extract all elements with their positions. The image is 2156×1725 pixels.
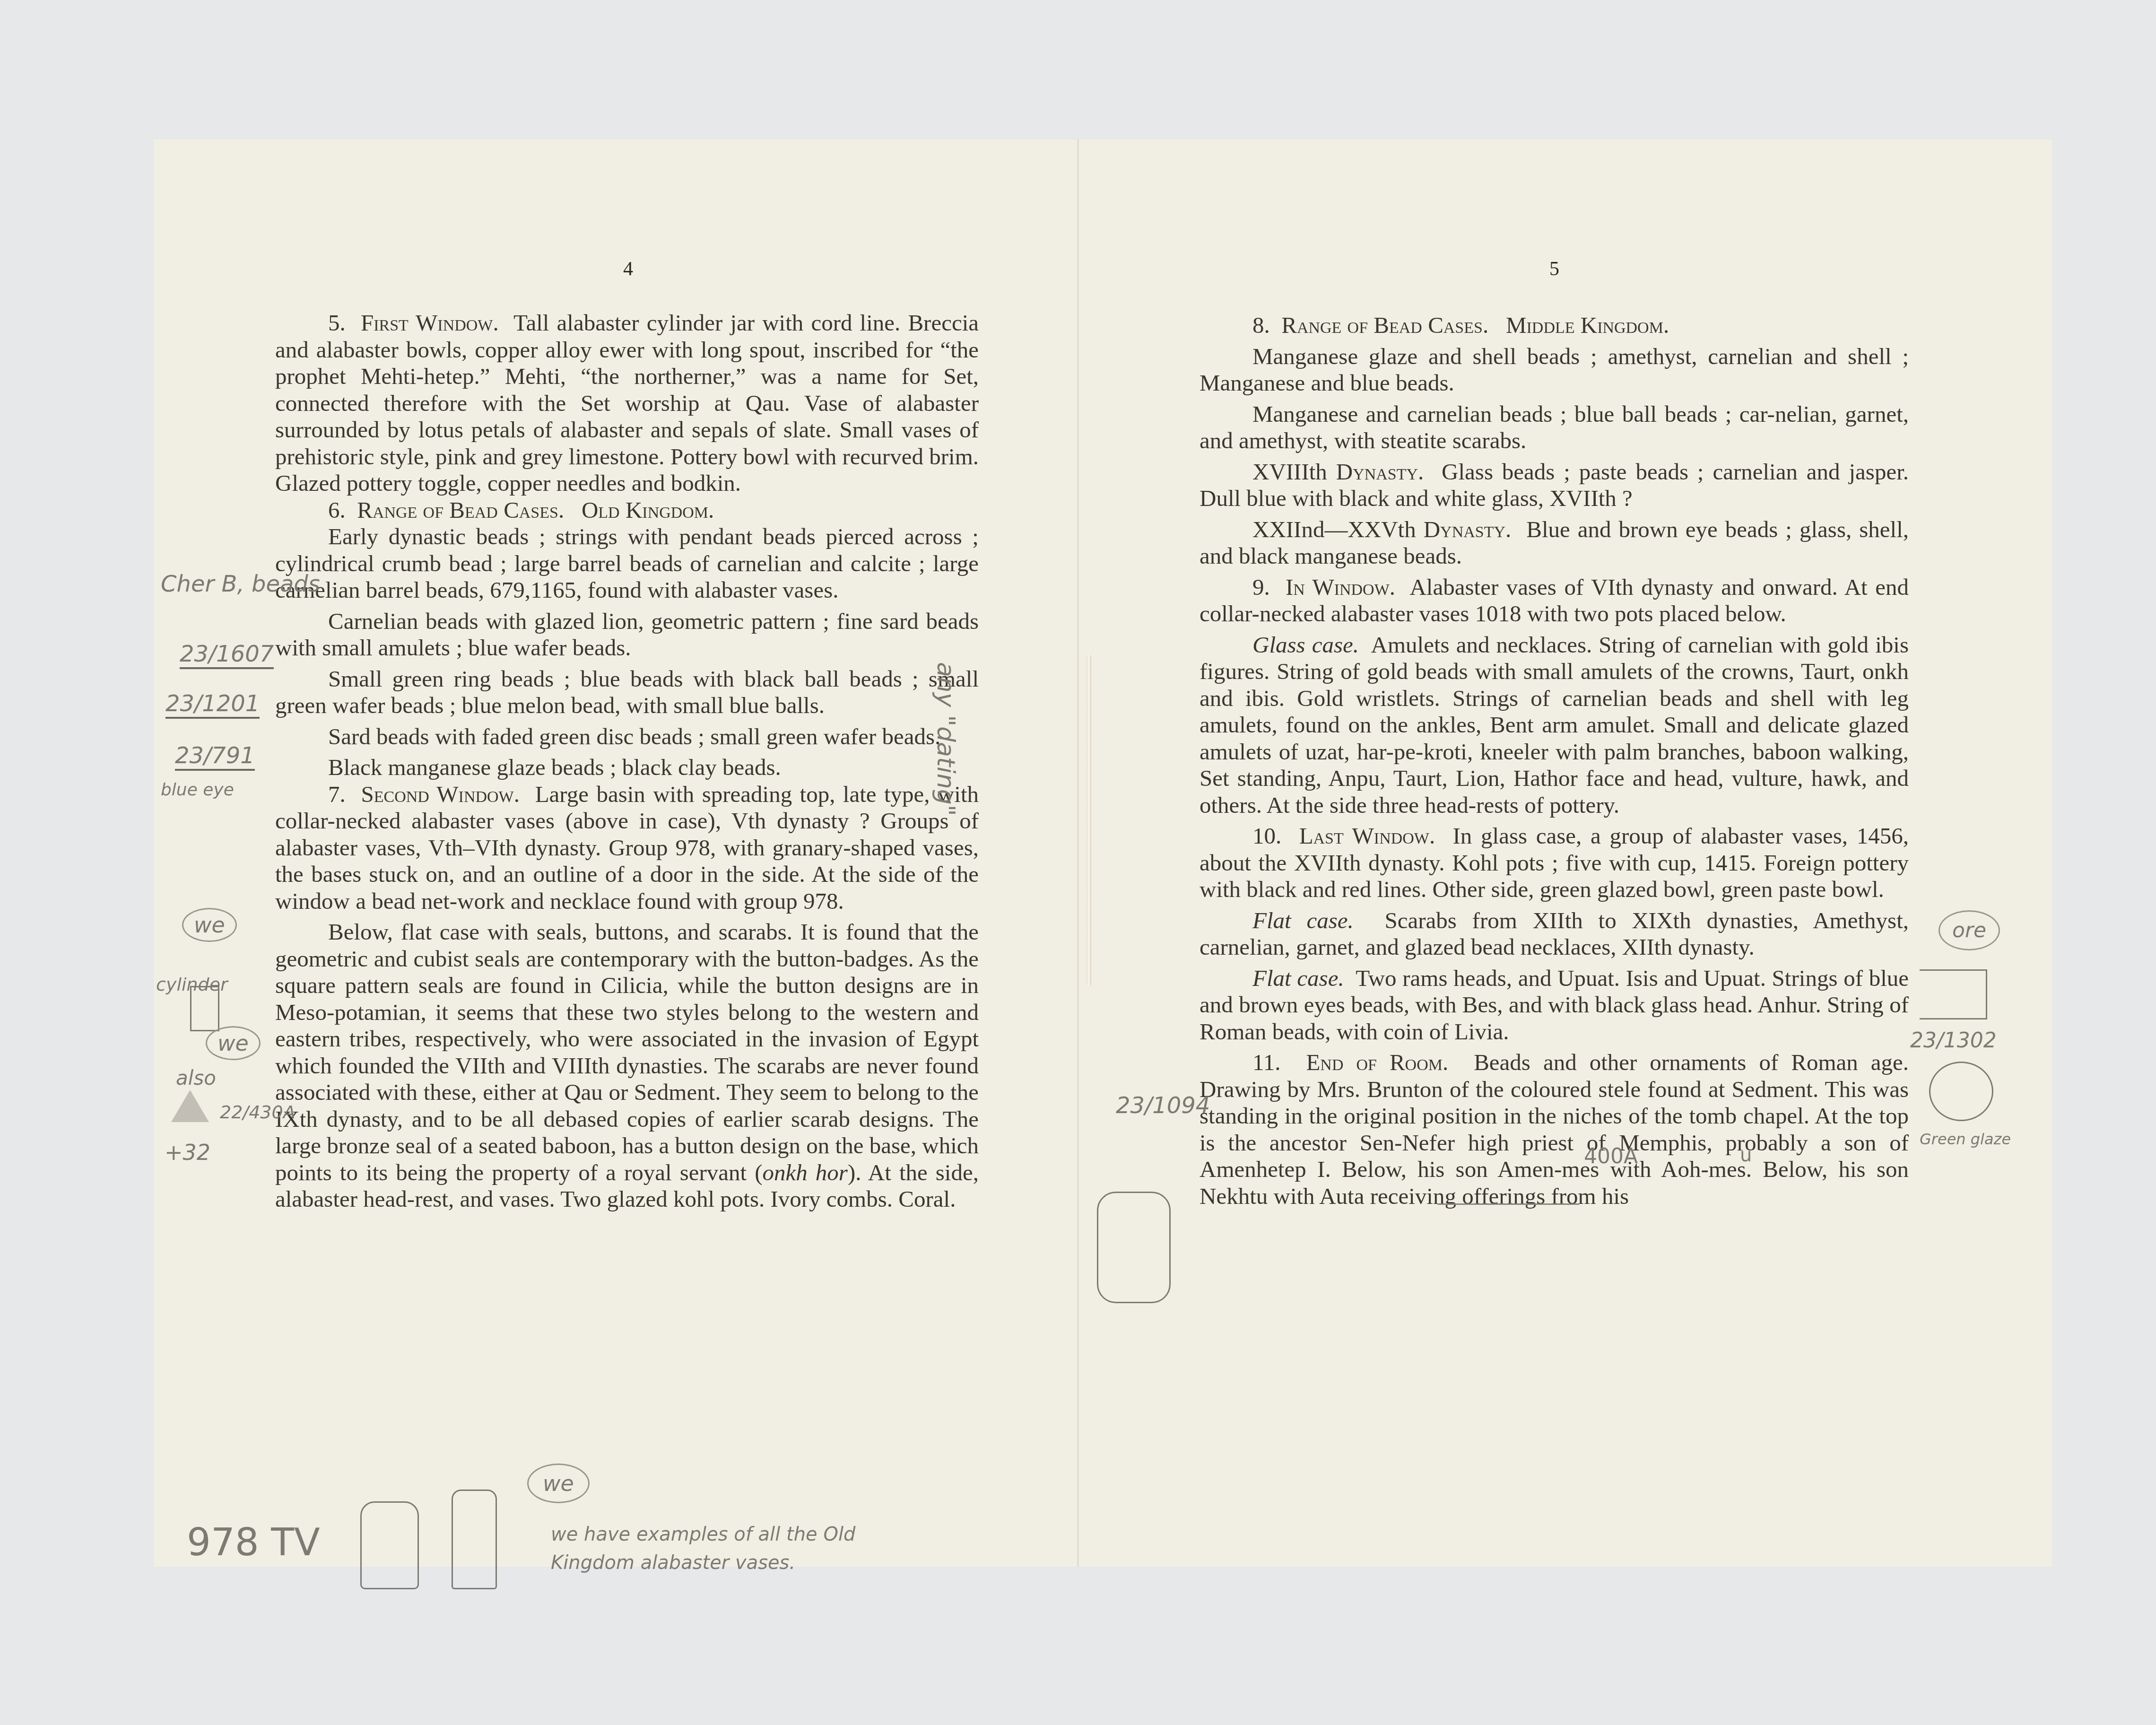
paragraph: XVIIIth Dynasty. Glass beads ; paste bea… xyxy=(1200,459,1909,512)
pencil-note: we have examples of all the Old Kingdom … xyxy=(551,1520,910,1577)
left-page-text: 5. First Window. Tall alabaster cylinder… xyxy=(275,310,979,1213)
paragraph: Glass case. Amulets and necklaces. Strin… xyxy=(1200,632,1909,819)
pencil-catalogue-number: 23/1302 xyxy=(1910,1028,1997,1053)
heading: First Window. xyxy=(361,310,499,336)
pencil-strikethrough xyxy=(1437,1203,1579,1205)
bottle-sketch-icon xyxy=(1097,1192,1171,1303)
gutter-fold xyxy=(1077,139,1079,1567)
paragraph-9: 9. In Window. Alabaster vases of VIth dy… xyxy=(1200,574,1909,627)
vase-sketch-icon xyxy=(360,1501,419,1589)
vessel-sketch-icon xyxy=(1920,969,1987,1019)
paragraph-5: 5. First Window. Tall alabaster cylinder… xyxy=(275,310,979,497)
right-page-text: 8. Range of Bead Cases. Middle Kingdom. … xyxy=(1200,312,1909,1210)
binding-thread xyxy=(1087,655,1091,986)
paragraph: Flat case. Two rams heads, and Upuat. Is… xyxy=(1200,965,1909,1045)
vase-sketch-icon xyxy=(452,1490,497,1589)
page-number-right: 5 xyxy=(1549,258,1559,280)
pencil-note: +32 xyxy=(165,1140,210,1165)
paragraph-8-heading: 8. Range of Bead Cases. Middle Kingdom. xyxy=(1200,312,1909,339)
pencil-circled-note: we xyxy=(206,1026,261,1060)
pencil-circled-note: ore xyxy=(1939,910,2000,950)
paragraph: Small green ring beads ; blue beads with… xyxy=(275,666,979,719)
pencil-catalogue-number: 23/1607 xyxy=(180,641,274,669)
triangle-sketch-icon xyxy=(171,1090,209,1122)
pencil-circled-note: we xyxy=(527,1464,590,1503)
pencil-catalogue-number: 23/1094 xyxy=(1116,1092,1210,1119)
paragraph-7: 7. Second Window. Large basin with sprea… xyxy=(275,781,979,915)
pencil-group-number: 978 TV xyxy=(187,1520,320,1564)
pencil-note: blue eye xyxy=(161,780,234,800)
paragraph: XXIInd—XXVth Dynasty. Blue and brown eye… xyxy=(1200,516,1909,570)
paragraph: Carnelian beads with glazed lion, geomet… xyxy=(275,608,979,662)
pencil-note-vertical: any "dating" xyxy=(931,662,960,816)
paragraph: Early dynastic beads ; strings with pend… xyxy=(275,523,979,604)
pencil-inline-number: 400A xyxy=(1584,1144,1638,1168)
pencil-catalogue-number: 23/791 xyxy=(175,742,255,771)
paragraph: Sard beads with faded green disc beads ;… xyxy=(275,723,979,750)
paragraph: Manganese and carnelian beads ; blue bal… xyxy=(1200,401,1909,454)
pot-sketch-icon xyxy=(1929,1062,1993,1121)
pencil-circled-note: we xyxy=(182,908,237,942)
paragraph: Below, flat case with seals, buttons, an… xyxy=(275,919,979,1213)
pencil-inline-mark: u xyxy=(1740,1144,1752,1166)
pencil-catalogue-number: 22/430A xyxy=(220,1102,296,1123)
paragraph-6-heading: 6. Range of Bead Cases. Old Kingdom. xyxy=(275,497,979,524)
paragraph-11: 11. End of Room. Beads and other ornamen… xyxy=(1200,1049,1909,1210)
paragraph: Black manganese glaze beads ; black clay… xyxy=(275,754,979,781)
pencil-note: Green glaze xyxy=(1920,1130,2011,1148)
paragraph-10: 10. Last Window. In glass case, a group … xyxy=(1200,823,1909,903)
pencil-note: also xyxy=(176,1066,216,1089)
pencil-note: Cher B, beads xyxy=(161,572,320,596)
paragraph: Flat case. Scarabs from XIIth to XIXth d… xyxy=(1200,907,1909,961)
paragraph: Manganese glaze and shell beads ; amethy… xyxy=(1200,343,1909,397)
cylinder-seal-sketch-icon xyxy=(190,986,219,1031)
page-number-left: 4 xyxy=(623,258,633,280)
pencil-catalogue-number: 23/1201 xyxy=(165,690,260,719)
